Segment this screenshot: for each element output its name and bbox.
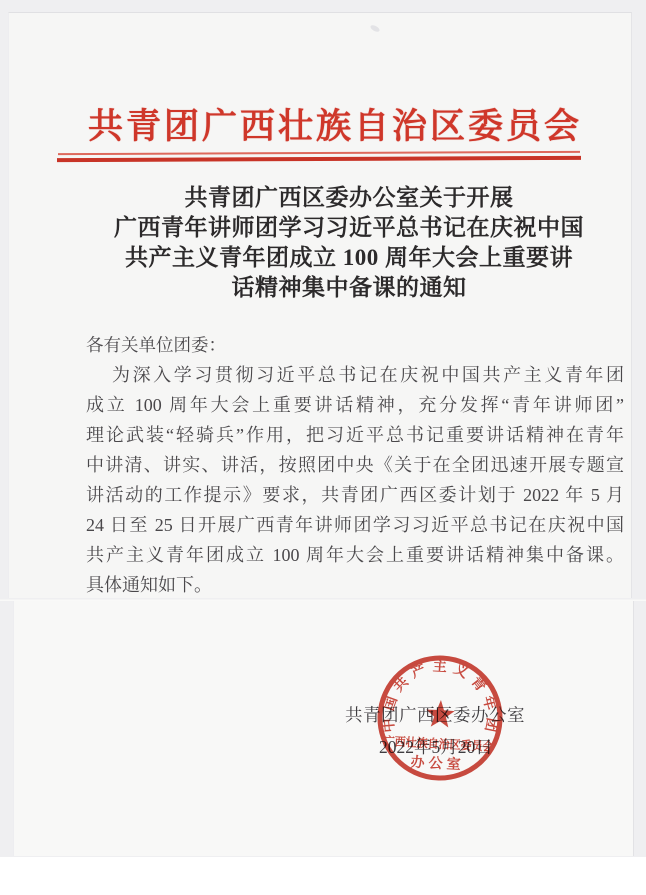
letterhead-org-name: 共青团广西壮族自治区委员会 [75, 99, 595, 149]
body-line: 理论武装“轻骑兵”作用，把习近平总书记重要讲话精神在青年 [86, 422, 624, 452]
official-seal: 中国共产主义青年团 广西壮族自治区委员会 办公室 [365, 643, 515, 793]
body-line: 24 日至 25 日开展广西青年讲师团学习习近平总书记在庆祝中国 [86, 512, 624, 542]
seal-office-text: 办公室 [410, 754, 465, 773]
document-title-line-1: 共青团广西区委办公室关于开展 [84, 183, 614, 213]
body-line: 中讲清、讲实、讲活，按照团中央《关于在全团迅速开展专题宣 [86, 452, 624, 482]
body-line: 讲活动的工作提示》要求，共青团广西区委计划于 2022 年 5 月 [86, 482, 624, 512]
body-line: 成立 100 周年大会上重要讲话精神，充分发挥“青年讲师团” [86, 392, 624, 422]
body-line: 为深入学习贯彻习近平总书记在庆祝中国共产主义青年团 [86, 362, 624, 392]
page-surface-lower [13, 601, 634, 856]
document-photo: 共青团广西壮族自治区委员会 共青团广西区委办公室关于开展 广西青年讲师团学习习近… [0, 0, 646, 895]
body-paragraph: 为深入学习贯彻习近平总书记在庆祝中国共产主义青年团 成立 100 周年大会上重要… [86, 362, 624, 602]
document-title-line-3: 共产主义青年团成立 100 周年大会上重要讲 [84, 243, 614, 273]
photo-bottom-margin [0, 857, 646, 895]
seal-star-icon [425, 699, 455, 728]
seal-region-text: 广西壮族自治区委员会 [383, 733, 494, 754]
body-line: 共产主义青年团成立 100 周年大会上重要讲话精神集中备课。 [86, 542, 624, 572]
salutation: 各有关单位团委： [86, 332, 486, 357]
document-title-line-2: 广西青年讲师团学习习近平总书记在庆祝中国 [84, 213, 614, 243]
document-title-line-4: 话精神集中备课的通知 [84, 273, 614, 303]
body-line: 具体通知如下。 [86, 572, 624, 602]
document-title: 共青团广西区委办公室关于开展 广西青年讲师团学习习近平总书记在庆祝中国 共产主义… [84, 183, 614, 303]
seal-ring-text: 中国共产主义青年团 [378, 655, 504, 739]
svg-text:中国共产主义青年团: 中国共产主义青年团 [378, 655, 504, 739]
